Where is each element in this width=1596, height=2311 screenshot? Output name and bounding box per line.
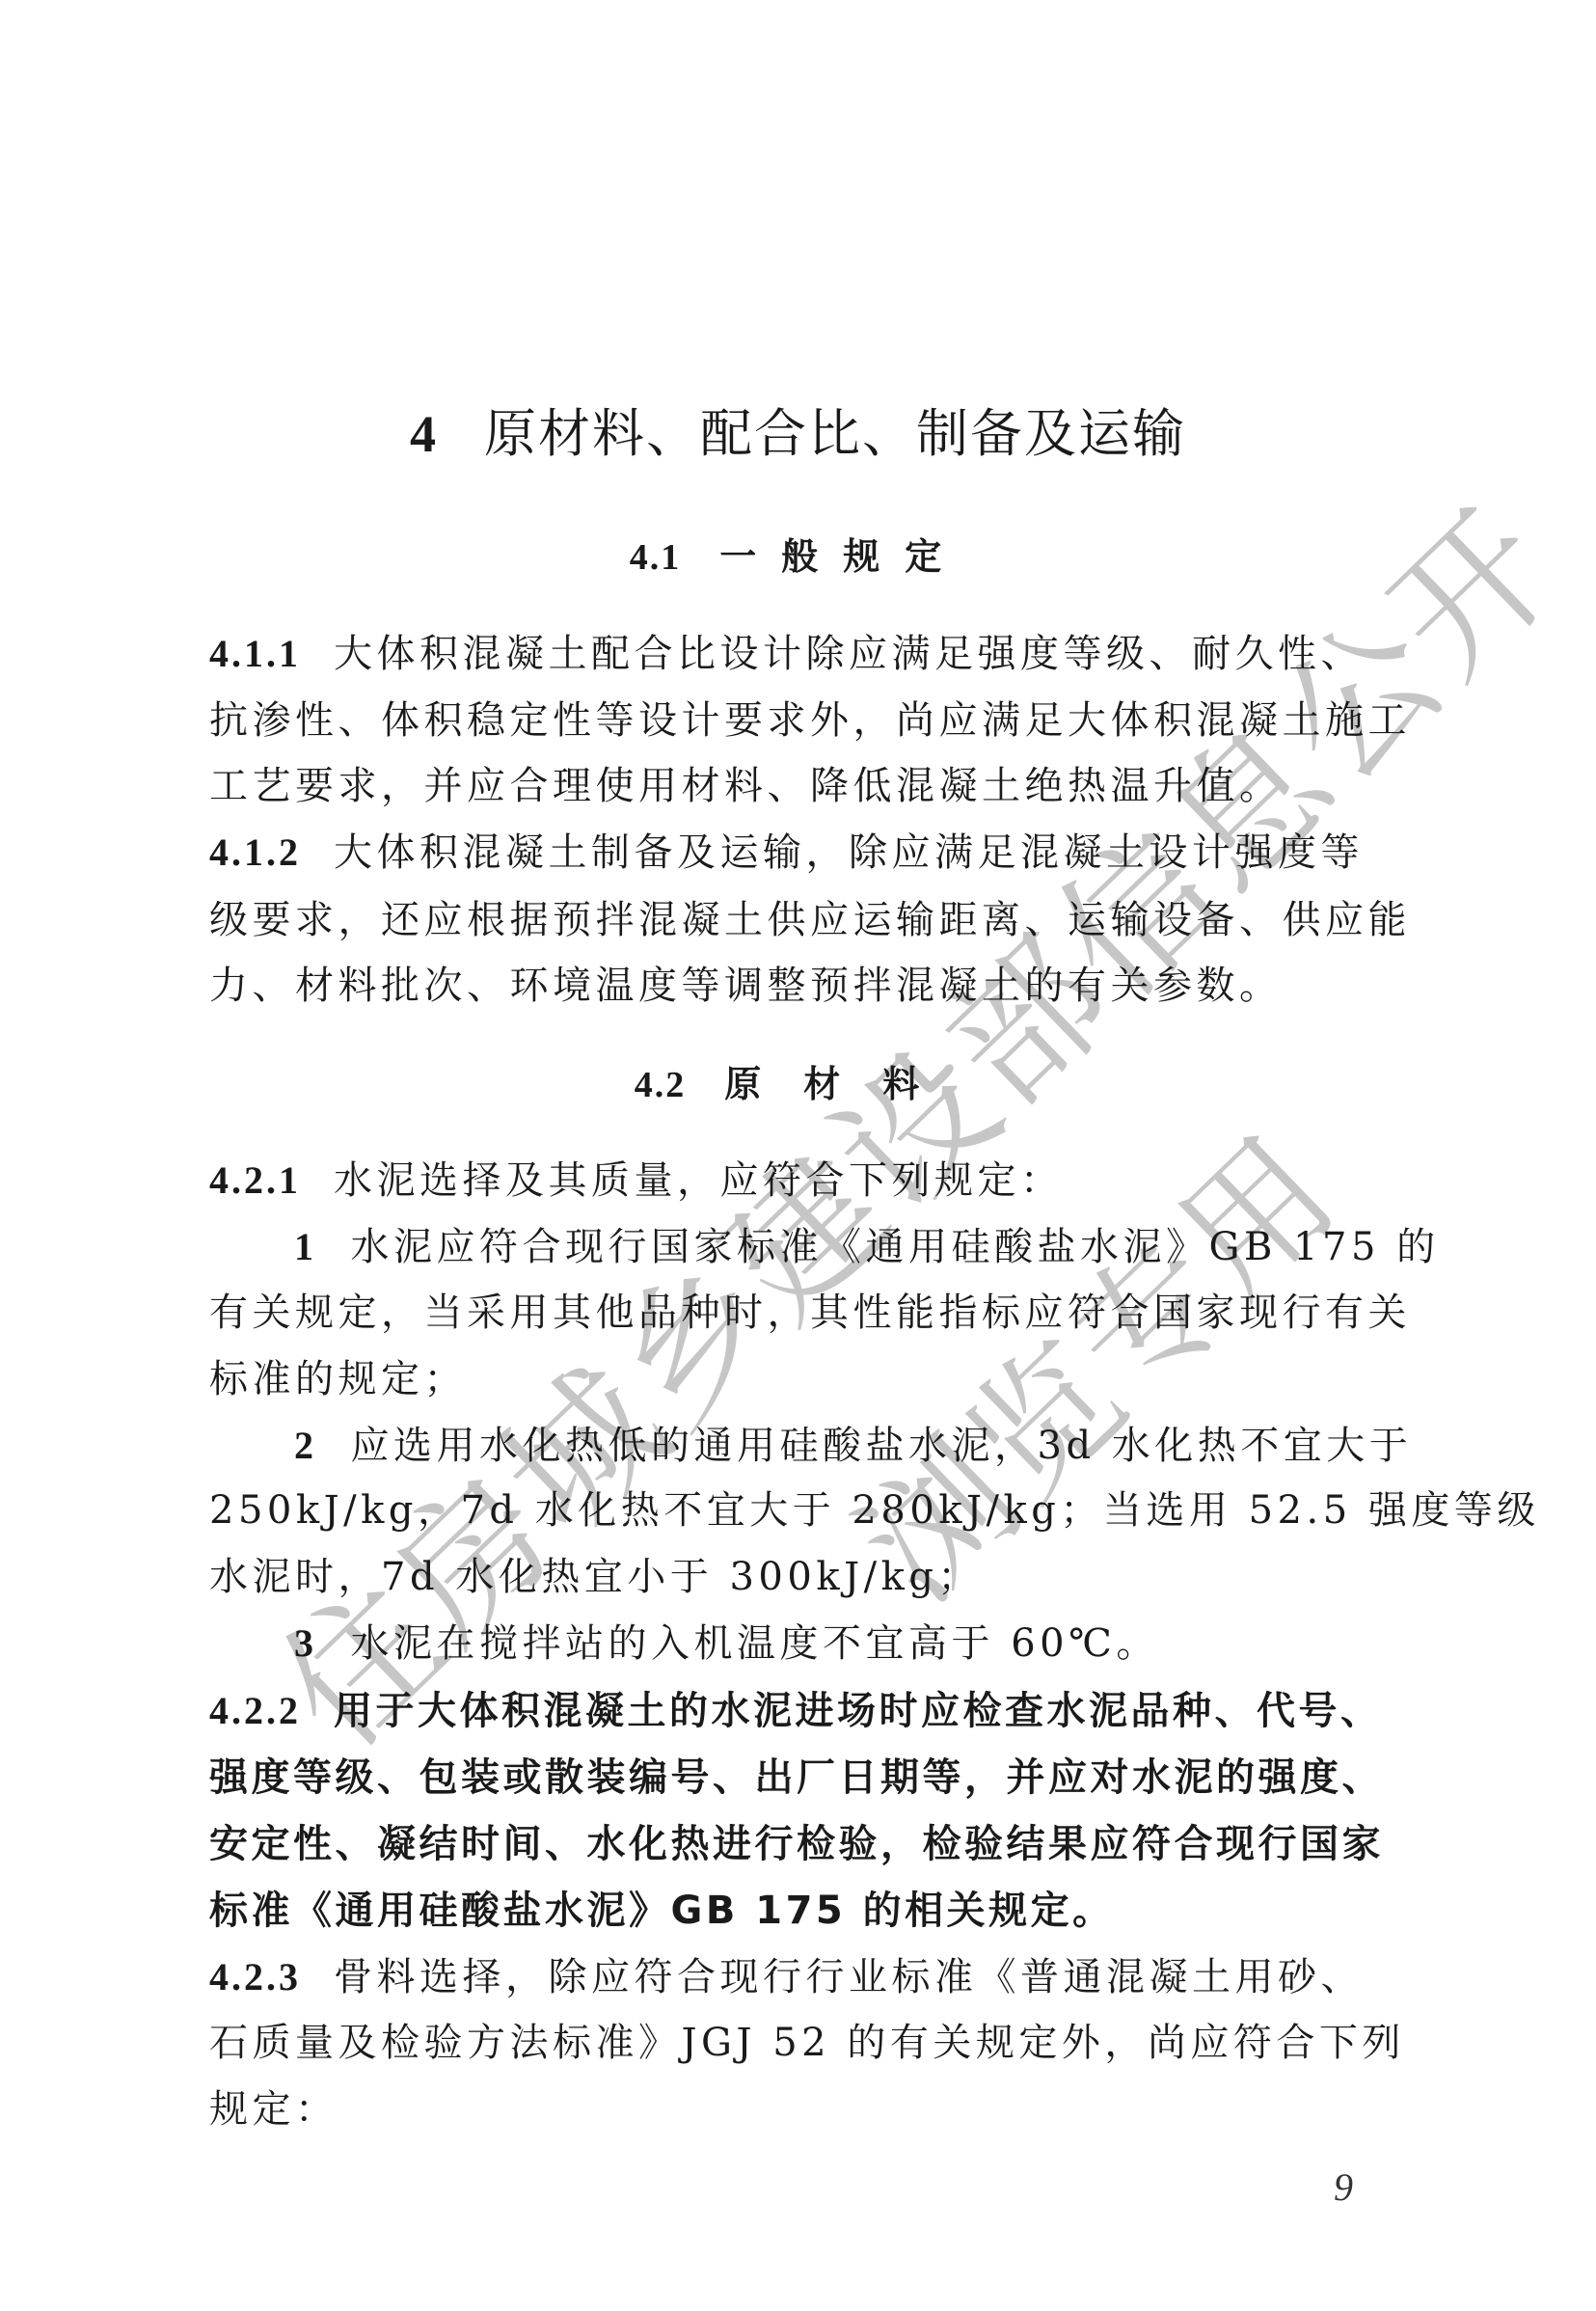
clause-4-1-1-line-1: 4.1.1大体积混凝土配合比设计除应满足强度等级、耐久性、: [209, 631, 1391, 677]
clause-text: 大体积混凝土制备及运输，除应满足混凝土设计强度等: [334, 830, 1364, 875]
document-page: 4原材料、配合比、制备及运输 4.1一般规定 4.1.1大体积混凝土配合比设计除…: [0, 0, 1596, 2311]
item-number: 1: [294, 1224, 318, 1270]
clause-4-2-1-line-1: 4.2.1水泥选择及其质量，应符合下列规定：: [209, 1157, 1391, 1204]
item-3-line-1: 3水泥在搅拌站的入机温度不宜高于 60℃。: [209, 1620, 1391, 1667]
item-1-line-2: 有关规定，当采用其他品种时，其性能指标应符合国家现行有关: [209, 1290, 1391, 1336]
clause-4-2-2-line-3: 安定性、凝结时间、水化热进行检验，检验结果应符合现行国家: [209, 1821, 1391, 1867]
clause-4-2-3-line-2: 石质量及检验方法标准》JGJ 52 的有关规定外，尚应符合下列: [209, 2020, 1391, 2066]
clause-number: 4.2.1: [209, 1158, 301, 1202]
chapter-title-text: 原材料、配合比、制备及运输: [484, 403, 1186, 464]
chapter-number: 4: [410, 405, 438, 463]
section-number: 4.1: [630, 537, 682, 578]
chapter-title: 4原材料、配合比、制备及运输: [0, 403, 1596, 465]
section-title-text: 原材料: [724, 1063, 961, 1105]
clause-4-2-3-line-3: 规定：: [209, 2086, 1391, 2133]
item-1-line-3: 标准的规定；: [209, 1356, 1391, 1402]
section-heading-4-2: 4.2原材料: [0, 1061, 1596, 1108]
item-1-line-1: 1水泥应符合现行国家标准《通用硅酸盐水泥》GB 175 的: [209, 1224, 1391, 1270]
item-2-line-2: 250kJ/kg，7d 水化热不宜大于 280kJ/kg；当选用 52.5 强度…: [209, 1487, 1391, 1534]
clause-4-1-2-line-3: 力、材料批次、环境温度等调整预拌混凝土的有关参数。: [209, 963, 1391, 1009]
section-heading-4-1: 4.1一般规定: [0, 533, 1596, 581]
section-title-text: 一般规定: [719, 535, 966, 578]
clause-text: 水泥选择及其质量，应符合下列规定：: [334, 1158, 1064, 1203]
item-text: 水泥在搅拌站的入机温度不宜高于 60℃。: [351, 1621, 1159, 1666]
clause-4-1-1-line-2: 抗渗性、体积稳定性等设计要求外，尚应满足大体积混凝土施工: [209, 697, 1391, 744]
item-number: 2: [294, 1423, 318, 1469]
clause-text: 大体积混凝土配合比设计除应满足强度等级、耐久性、: [334, 632, 1364, 676]
clause-4-1-2-line-1: 4.1.2大体积混凝土制备及运输，除应满足混凝土设计强度等: [209, 829, 1391, 876]
clause-number: 4.2.3: [209, 1955, 301, 1998]
item-number: 3: [294, 1620, 318, 1667]
clause-text: 用于大体积混凝土的水泥进场时应检查水泥品种、代号、: [334, 1689, 1383, 1733]
clause-4-2-3-line-1: 4.2.3骨料选择，除应符合现行行业标准《普通混凝土用砂、: [209, 1954, 1391, 2000]
clause-4-2-2-line-4: 标准《通用硅酸盐水泥》GB 175 的相关规定。: [209, 1888, 1391, 1934]
item-2-line-3: 水泥时，7d 水化热宜小于 300kJ/kg；: [209, 1554, 1391, 1600]
clause-text: 骨料选择，除应符合现行行业标准《普通混凝土用砂、: [334, 1955, 1364, 1999]
clause-number: 4.2.2: [209, 1689, 301, 1732]
item-2-line-1: 2应选用水化热低的通用硅酸盐水泥，3d 水化热不宜大于: [209, 1423, 1391, 1469]
clause-4-1-2-line-2: 级要求，还应根据预拌混凝土供应运输距离、运输设备、供应能: [209, 897, 1391, 943]
section-number: 4.2: [635, 1065, 687, 1105]
clause-4-2-2-line-2: 强度等级、包装或散装编号、出厂日期等，并应对水泥的强度、: [209, 1754, 1391, 1801]
item-text: 水泥应符合现行国家标准《通用硅酸盐水泥》GB 175 的: [351, 1225, 1440, 1269]
clause-number: 4.1.2: [209, 830, 301, 874]
item-text: 应选用水化热低的通用硅酸盐水泥，3d 水化热不宜大于: [351, 1424, 1413, 1468]
page-number: 9: [1334, 2164, 1353, 2210]
clause-number: 4.1.1: [209, 632, 301, 675]
clause-4-2-2-line-1: 4.2.2用于大体积混凝土的水泥进场时应检查水泥品种、代号、: [209, 1688, 1391, 1734]
clause-4-1-1-line-3: 工艺要求，并应合理使用材料、降低混凝土绝热温升值。: [209, 763, 1391, 809]
